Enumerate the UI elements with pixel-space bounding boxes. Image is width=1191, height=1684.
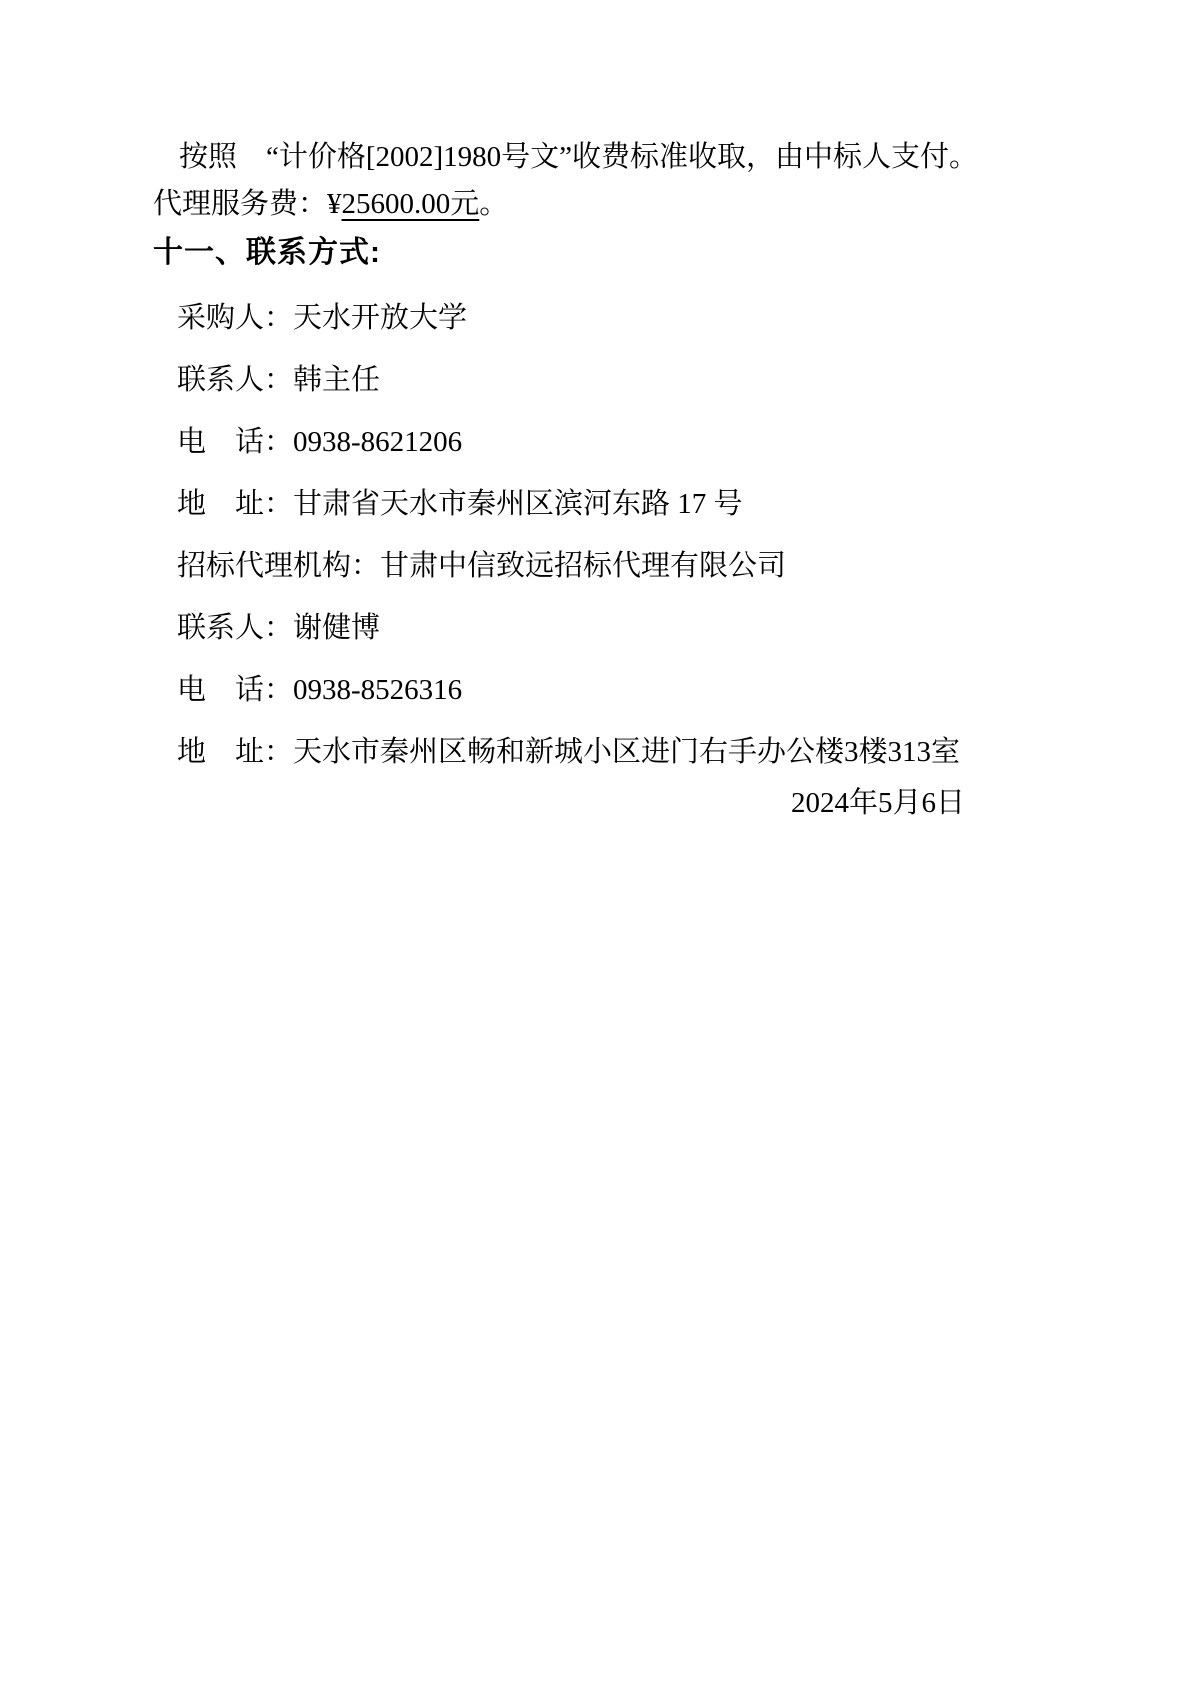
contact-line-agency: 招标代理机构：甘肃中信致远招标代理有限公司 [153, 535, 1051, 597]
contact-line-purchaser-phone: 电 话：0938-8621206 [153, 411, 1051, 473]
contact-info-block: 采购人：天水开放大学 联系人：韩主任 电 话：0938-8621206 地 址：… [153, 287, 1051, 783]
fee-label: 代理服务费：¥ [153, 188, 342, 220]
section-heading-contact-info: 十一、联系方式: [153, 230, 1051, 276]
fee-paragraph: 按照 “计价格[2002]1980号文”收费标准收取，由中标人支付。 代理服务费… [153, 134, 1051, 228]
contact-line-purchaser: 采购人：天水开放大学 [153, 287, 1051, 349]
contact-line-agency-phone: 电 话：0938-8526316 [153, 659, 1051, 721]
fee-intro-line: 按照 “计价格[2002]1980号文”收费标准收取，由中标人支付。 [153, 134, 1051, 181]
fee-amount: 25600.00元 [342, 188, 480, 220]
contact-line-agency-contact-person: 联系人：谢健博 [153, 597, 1051, 659]
contact-line-agency-address: 地 址：天水市秦州区畅和新城小区进门右手办公楼3楼313室 [153, 721, 1051, 783]
fee-amount-period: 。 [479, 188, 508, 220]
contact-line-purchaser-address: 地 址：甘肃省天水市秦州区滨河东路 17 号 [153, 473, 1051, 535]
document-page: 按照 “计价格[2002]1980号文”收费标准收取，由中标人支付。 代理服务费… [0, 0, 1191, 1684]
fee-amount-line: 代理服务费：¥25600.00元。 [153, 181, 1051, 228]
document-date: 2024年5月6日 [153, 783, 1051, 823]
contact-line-purchaser-contact-person: 联系人：韩主任 [153, 349, 1051, 411]
